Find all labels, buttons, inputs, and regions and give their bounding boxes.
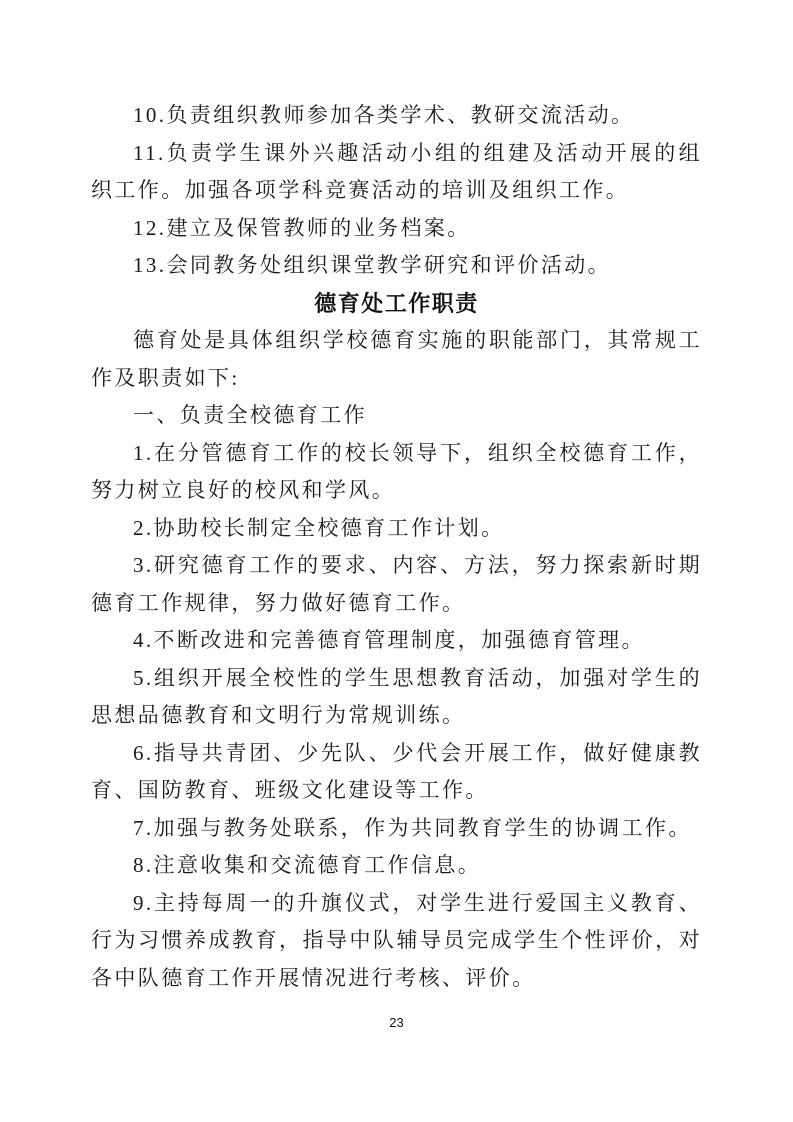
paragraph: 2.协助校长制定全校德育工作计划。	[91, 510, 702, 548]
paragraph: 6.指导共青团、少先队、少代会开展工作，做好健康教育、国防教育、班级文化建设等工…	[91, 735, 702, 810]
paragraph: 一、负责全校德育工作	[91, 397, 702, 435]
paragraph: 5.组织开展全校性的学生思想教育活动，加强对学生的思想品德教育和文明行为常规训练…	[91, 660, 702, 735]
section-title: 德育处工作职责	[91, 285, 702, 323]
document-page: 10.负责组织教师参加各类学术、教研交流活动。11.负责学生课外兴趣活动小组的组…	[0, 0, 793, 1122]
paragraph: 8.注意收集和交流德育工作信息。	[91, 847, 702, 885]
paragraph: 7.加强与教务处联系，作为共同教育学生的协调工作。	[91, 810, 702, 848]
paragraph: 9.主持每周一的升旗仪式，对学生进行爱国主义教育、行为习惯养成教育，指导中队辅导…	[91, 885, 702, 998]
paragraph: 4.不断改进和完善德育管理制度，加强德育管理。	[91, 622, 702, 660]
page-number: 23	[0, 1014, 793, 1032]
paragraph: 11.负责学生课外兴趣活动小组的组建及活动开展的组织工作。加强各项学科竞赛活动的…	[91, 135, 702, 210]
paragraph: 12.建立及保管教师的业务档案。	[91, 210, 702, 248]
paragraph: 3.研究德育工作的要求、内容、方法，努力探索新时期德育工作规律，努力做好德育工作…	[91, 547, 702, 622]
document-content: 10.负责组织教师参加各类学术、教研交流活动。11.负责学生课外兴趣活动小组的组…	[91, 97, 702, 997]
paragraph: 德育处是具体组织学校德育实施的职能部门，其常规工作及职责如下:	[91, 322, 702, 397]
paragraph: 13.会同教务处组织课堂教学研究和评价活动。	[91, 247, 702, 285]
paragraph: 10.负责组织教师参加各类学术、教研交流活动。	[91, 97, 702, 135]
paragraph: 1.在分管德育工作的校长领导下，组织全校德育工作，努力树立良好的校风和学风。	[91, 435, 702, 510]
